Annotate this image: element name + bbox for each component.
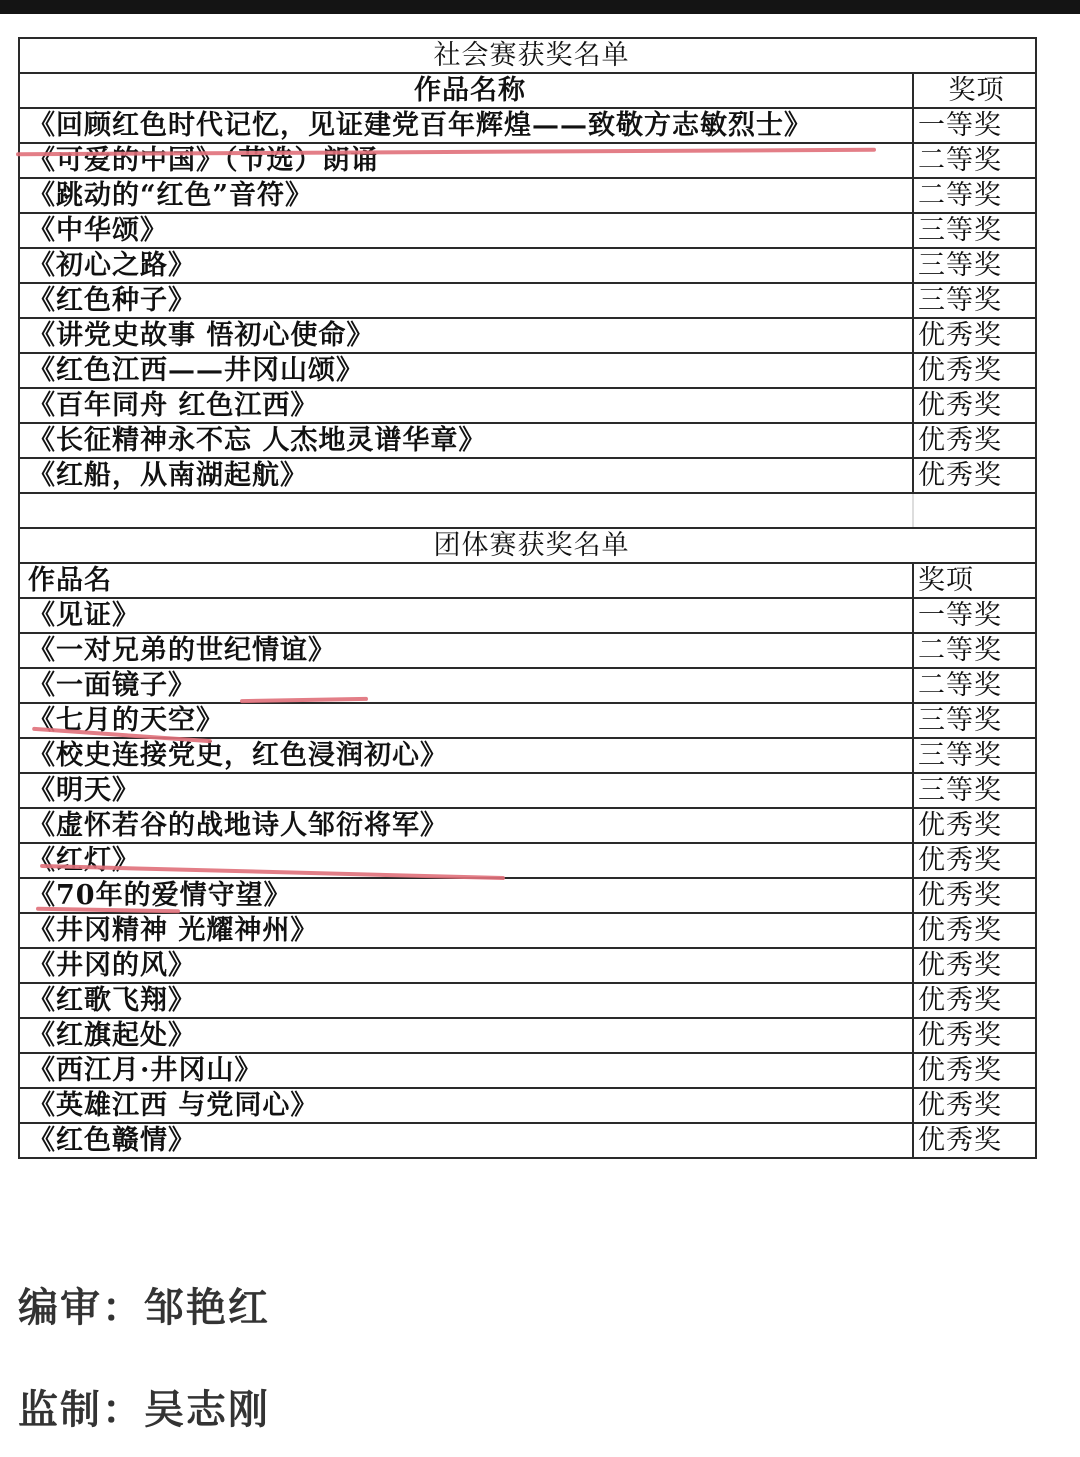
table-row: 《井冈的风》优秀奖 [19,948,1036,983]
prize: 三等奖 [913,773,1036,808]
table-row: 《讲党史故事 悟初心使命》优秀奖 [19,318,1036,353]
work-name: 《红灯》 [19,843,913,878]
table-row: 《七月的天空》三等奖 [19,703,1036,738]
prize: 优秀奖 [913,353,1036,388]
work-name: 《红船，从南湖起航》 [19,458,913,493]
work-name: 《红歌飞翔》 [19,983,913,1018]
award-table: 社会赛获奖名单 作品名称 奖项 《回顾红色时代记忆，见证建党百年辉煌——致敬方志… [18,37,1037,1159]
work-name: 《虚怀若谷的战地诗人邹衍将军》 [19,808,913,843]
work-name: 《红色种子》 [19,283,913,318]
prize: 优秀奖 [913,1088,1036,1123]
prize: 优秀奖 [913,913,1036,948]
work-name: 《七月的天空》 [19,703,913,738]
prize: 优秀奖 [913,1018,1036,1053]
prize: 优秀奖 [913,318,1036,353]
table-row: 《红色江西——井冈山颂》优秀奖 [19,353,1036,388]
table-row: 《一面镜子》二等奖 [19,668,1036,703]
prize: 优秀奖 [913,458,1036,493]
prize: 三等奖 [913,738,1036,773]
prize: 优秀奖 [913,423,1036,458]
prize: 优秀奖 [913,843,1036,878]
social-section-title: 社会赛获奖名单 [19,38,1036,73]
work-name: 《井冈的风》 [19,948,913,983]
social-header-name: 作品名称 [19,73,913,108]
table-row: 《见证》一等奖 [19,598,1036,633]
table-row: 《虚怀若谷的战地诗人邹衍将军》优秀奖 [19,808,1036,843]
prize: 优秀奖 [913,1123,1036,1158]
table-row: 《70年的爱情守望》优秀奖 [19,878,1036,913]
prize: 三等奖 [913,703,1036,738]
social-title-row: 社会赛获奖名单 [19,38,1036,73]
prize: 优秀奖 [913,1053,1036,1088]
work-name: 《红色江西——井冈山颂》 [19,353,913,388]
table-row: 《明天》三等奖 [19,773,1036,808]
table-row: 《红色种子》三等奖 [19,283,1036,318]
social-header-row: 作品名称 奖项 [19,73,1036,108]
work-name: 《西江月·井冈山》 [19,1053,913,1088]
table-row: 《红歌飞翔》优秀奖 [19,983,1036,1018]
table-row: 《红色赣情》优秀奖 [19,1123,1036,1158]
award-list-document: 社会赛获奖名单 作品名称 奖项 《回顾红色时代记忆，见证建党百年辉煌——致敬方志… [18,37,1035,1159]
work-name: 《明天》 [19,773,913,808]
prize: 优秀奖 [913,388,1036,423]
top-status-bar [0,0,1080,14]
work-name: 《一对兄弟的世纪情谊》 [19,633,913,668]
team-header-name: 作品名 [19,563,913,598]
prize: 二等奖 [913,178,1036,213]
team-header-prize: 奖项 [913,563,1036,598]
table-row: 《可爱的中国》（节选）朗诵二等奖 [19,143,1036,178]
table-row: 《百年同舟 红色江西》优秀奖 [19,388,1036,423]
spacer-cell [913,493,1036,528]
work-name: 《讲党史故事 悟初心使命》 [19,318,913,353]
prize: 优秀奖 [913,878,1036,913]
work-name: 《长征精神永不忘 人杰地灵谱华章》 [19,423,913,458]
editor-credit: 编审：邹艳红 [18,1276,270,1333]
table-row: 《红旗起处》优秀奖 [19,1018,1036,1053]
work-name: 《红色赣情》 [19,1123,913,1158]
team-header-row: 作品名 奖项 [19,563,1036,598]
prize: 优秀奖 [913,808,1036,843]
table-row: 《西江月·井冈山》优秀奖 [19,1053,1036,1088]
prize: 二等奖 [913,668,1036,703]
work-name: 《井冈精神 光耀神州》 [19,913,913,948]
table-row: 《初心之路》三等奖 [19,248,1036,283]
prize: 优秀奖 [913,983,1036,1018]
table-row: 《一对兄弟的世纪情谊》二等奖 [19,633,1036,668]
work-name: 《英雄江西 与党同心》 [19,1088,913,1123]
table-row: 《红船，从南湖起航》优秀奖 [19,458,1036,493]
table-row: 《红灯》优秀奖 [19,843,1036,878]
work-name: 《中华颂》 [19,213,913,248]
prize: 三等奖 [913,213,1036,248]
work-name: 《百年同舟 红色江西》 [19,388,913,423]
table-row: 《英雄江西 与党同心》优秀奖 [19,1088,1036,1123]
work-name: 《红旗起处》 [19,1018,913,1053]
work-name: 《70年的爱情守望》 [19,878,913,913]
work-name: 《一面镜子》 [19,668,913,703]
prize: 二等奖 [913,143,1036,178]
table-row: 《长征精神永不忘 人杰地灵谱华章》优秀奖 [19,423,1036,458]
prize: 一等奖 [913,108,1036,143]
table-row: 《回顾红色时代记忆，见证建党百年辉煌——致敬方志敏烈士》一等奖 [19,108,1036,143]
prize: 一等奖 [913,598,1036,633]
work-name: 《见证》 [19,598,913,633]
prize: 三等奖 [913,248,1036,283]
work-name: 《校史连接党史，红色浸润初心》 [19,738,913,773]
social-header-prize: 奖项 [913,73,1036,108]
team-title-row: 团体赛获奖名单 [19,528,1036,563]
prize: 优秀奖 [913,948,1036,983]
work-name: 《初心之路》 [19,248,913,283]
table-row: 《中华颂》三等奖 [19,213,1036,248]
work-name: 《回顾红色时代记忆，见证建党百年辉煌——致敬方志敏烈士》 [19,108,913,143]
work-name: 《跳动的“红色”音符》 [19,178,913,213]
spacer-cell [19,493,913,528]
prize: 三等奖 [913,283,1036,318]
team-section-title: 团体赛获奖名单 [19,528,1036,563]
spacer-row [19,493,1036,528]
table-row: 《井冈精神 光耀神州》优秀奖 [19,913,1036,948]
supervisor-credit: 监制：吴志刚 [18,1378,270,1435]
table-row: 《校史连接党史，红色浸润初心》三等奖 [19,738,1036,773]
table-row: 《跳动的“红色”音符》二等奖 [19,178,1036,213]
prize: 二等奖 [913,633,1036,668]
